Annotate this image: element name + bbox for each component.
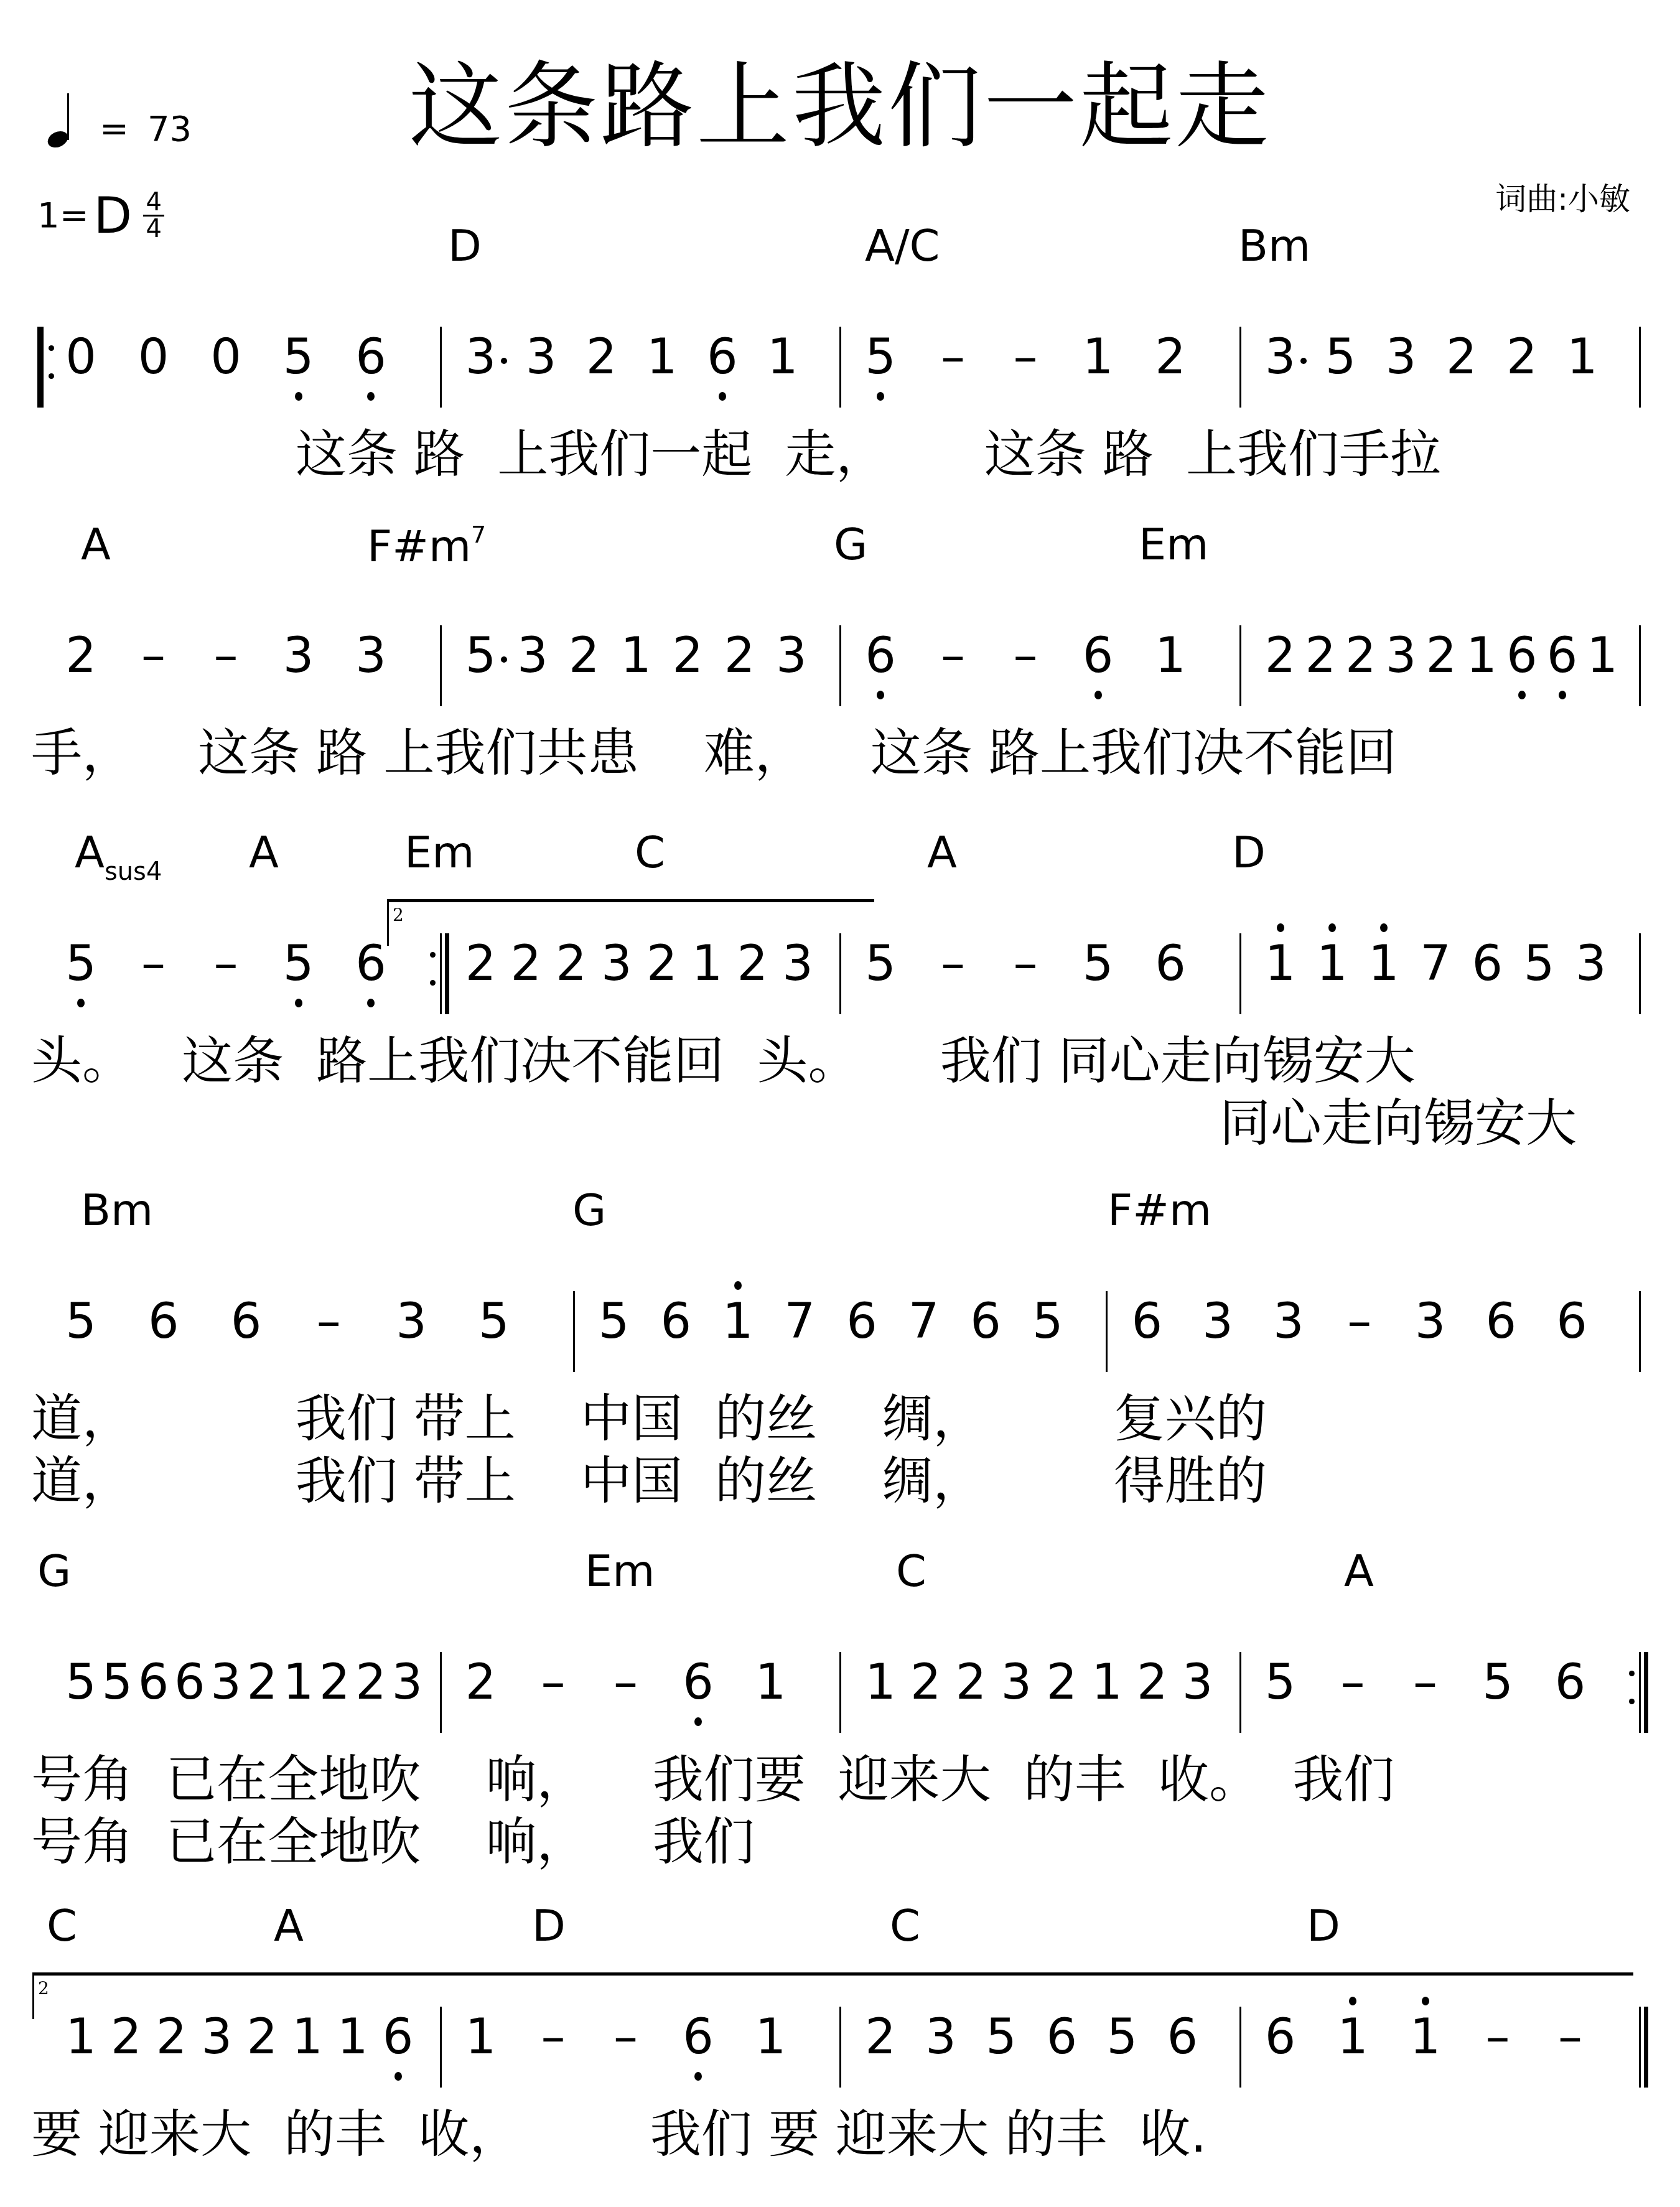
barline <box>1239 327 1241 408</box>
chord-symbol: A <box>927 831 957 874</box>
note: 1 <box>1262 940 1299 988</box>
lower-octave-dot <box>1094 691 1102 699</box>
repeat-dots <box>430 933 436 1014</box>
upper-octave-dot <box>734 1281 742 1290</box>
note: 2 <box>1342 632 1379 680</box>
note: 2 <box>1152 333 1189 381</box>
lower-octave-dot <box>295 999 302 1007</box>
note: 5 <box>62 1658 100 1707</box>
note: 1 <box>752 2013 790 2061</box>
note: 7 <box>781 1297 818 1346</box>
chord-root: C <box>896 1546 926 1597</box>
chord-suffix: sus4 <box>105 857 162 886</box>
lower-octave-dot <box>1559 691 1566 699</box>
note: 2 <box>352 1658 390 1707</box>
repeat-dots <box>1629 1652 1635 1733</box>
chord-root: Em <box>585 1546 655 1597</box>
lower-octave-dot <box>694 2072 702 2081</box>
repeat-end-barline <box>440 933 449 1014</box>
chord-root: A <box>81 519 111 570</box>
note: 3 <box>1270 1297 1307 1346</box>
chord-root: Bm <box>81 1185 153 1236</box>
chord-root: G <box>834 519 867 570</box>
lower-octave-dot <box>295 392 302 401</box>
note: 6 <box>704 333 741 381</box>
note: 6 <box>1553 1297 1590 1346</box>
note: 3 <box>280 632 317 680</box>
note: 2 <box>1443 333 1480 381</box>
note: 2 <box>1422 632 1460 680</box>
dash-extension: – <box>935 632 972 680</box>
note: 0 <box>135 333 172 381</box>
note: 6 <box>843 1297 880 1346</box>
note: 3 <box>1572 940 1610 988</box>
note: 2 <box>462 1658 500 1707</box>
note: 5 <box>1029 1297 1066 1346</box>
chord-symbol: C <box>635 831 665 874</box>
note: 2 <box>316 1658 353 1707</box>
note: 6 <box>1043 2013 1080 2061</box>
note: 1 <box>289 2013 326 2061</box>
chord-symbol: G <box>834 523 867 566</box>
note: 0 <box>62 333 100 381</box>
note: 1 <box>62 2013 100 2061</box>
note: 2 <box>669 632 706 680</box>
note: 5 <box>1521 940 1558 988</box>
lower-octave-dot <box>877 392 884 401</box>
chord-symbol: D <box>1307 1904 1340 1948</box>
upper-octave-dot <box>1277 923 1284 932</box>
note: 2 <box>1302 632 1339 680</box>
notation-line: 122321161––61235656611–– <box>0 1994 1680 2088</box>
dash-extension: – <box>1007 333 1044 381</box>
dash-extension: – <box>310 1297 347 1346</box>
chord-symbol: F#m7 <box>367 523 486 568</box>
note: 3 <box>1262 333 1299 381</box>
upper-octave-dot <box>1328 923 1336 932</box>
chord-root: A <box>1344 1546 1374 1597</box>
chord-symbol: G <box>572 1188 606 1232</box>
tempo-value: 73 <box>147 109 192 149</box>
note: 6 <box>967 1297 1004 1346</box>
note: 6 <box>1262 2013 1299 2061</box>
tempo-equals: = <box>100 109 129 149</box>
chord-symbol: D <box>1232 831 1266 874</box>
note: 6 <box>352 940 390 988</box>
repeat-end-barline <box>1639 1652 1648 1733</box>
barline <box>440 1652 442 1733</box>
note: 6 <box>679 1658 717 1707</box>
note: 5 <box>1103 2013 1141 2061</box>
dash-extension: – <box>135 940 172 988</box>
note: 5 <box>280 333 317 381</box>
barline <box>440 327 442 408</box>
note: 1 <box>764 333 801 381</box>
barline <box>573 1291 575 1372</box>
note: 5 <box>1262 1658 1299 1707</box>
chord-root: C <box>47 1900 77 1951</box>
note: 2 <box>553 940 590 988</box>
time-signature-top: 4 <box>146 190 161 215</box>
lyric-line-1: 手， 这条 路 上我们共患 难， 这条 路上我们决不能回 <box>31 728 1397 779</box>
dash-extension: – <box>1334 1658 1371 1707</box>
note: 3 <box>773 632 810 680</box>
chord-root: D <box>532 1900 566 1951</box>
chord-root: A <box>75 827 105 878</box>
chord-root: D <box>1307 1900 1340 1951</box>
credit: 词曲:小敏 <box>1495 174 1630 219</box>
note: 1 <box>1584 632 1621 680</box>
upper-octave-dot <box>1380 923 1388 932</box>
note: 5 <box>862 333 899 381</box>
note: 2 <box>507 940 544 988</box>
note: 3 <box>388 1658 426 1707</box>
chord-symbol: Em <box>404 831 474 874</box>
note: 1 <box>462 2013 500 2061</box>
chord-root: A <box>927 827 957 878</box>
note: 6 <box>657 1297 694 1346</box>
notation-line: 000563321615––12353221 <box>0 314 1680 408</box>
note: 3 <box>462 333 500 381</box>
chord-symbol: D <box>448 224 482 268</box>
note: 1 <box>1365 940 1402 988</box>
note: 3 <box>1383 333 1420 381</box>
barline <box>1239 933 1241 1014</box>
lower-octave-dot <box>367 392 375 401</box>
note: 6 <box>171 1658 208 1707</box>
chord-symbol: Bm <box>81 1188 153 1232</box>
note: 6 <box>679 2013 717 2061</box>
note: 2 <box>907 1658 945 1707</box>
dash-extension: – <box>1341 1297 1378 1346</box>
chord-root: C <box>890 1900 920 1951</box>
chord-symbol: A <box>1344 1549 1374 1593</box>
note: 3 <box>352 632 390 680</box>
chord-root: F#m <box>1108 1185 1211 1236</box>
barline <box>839 327 841 408</box>
dash-extension: – <box>207 632 245 680</box>
upper-octave-dot <box>1349 1997 1356 2005</box>
note: 5 <box>475 1297 513 1346</box>
note: 2 <box>643 940 681 988</box>
note: 1 <box>1080 333 1117 381</box>
note: 2 <box>734 940 771 988</box>
note: 5 <box>62 1297 100 1346</box>
chord-root: C <box>635 827 665 878</box>
chord-root: A/C <box>865 220 940 271</box>
note: 6 <box>862 632 899 680</box>
system-1: DA/CBm000563321615––12353221这条 路 上我们一起 走… <box>0 224 1680 523</box>
chord-symbol: Asus4 <box>75 831 162 884</box>
lyric-line-1: 这条 路 上我们一起 走， 这条 路 上我们手拉 <box>296 429 1441 480</box>
notation-line: 2––3353212236––61222321661 <box>0 613 1680 706</box>
chord-symbol: A/C <box>865 224 940 268</box>
note: 0 <box>207 333 245 381</box>
note: 6 <box>1552 1658 1589 1707</box>
chord-root: D <box>1232 827 1266 878</box>
note: 5 <box>595 1297 633 1346</box>
barline <box>1106 1291 1108 1372</box>
barline <box>1639 1291 1641 1372</box>
note: 3 <box>198 2013 235 2061</box>
note: 6 <box>135 1658 172 1707</box>
note: 3 <box>1179 1658 1216 1707</box>
barline <box>1239 2007 1241 2088</box>
note: 6 <box>1482 1297 1519 1346</box>
barline <box>1639 933 1641 1014</box>
lower-octave-dot <box>1518 691 1526 699</box>
augmentation-dot <box>501 656 507 663</box>
note: 2 <box>243 2013 281 2061</box>
note: 2 <box>243 1658 281 1707</box>
augmentation-dot <box>1300 358 1307 364</box>
note: 1 <box>617 632 655 680</box>
barline <box>1639 625 1641 706</box>
notation-line: 5––56222321235––561117653 <box>0 921 1680 1014</box>
chord-symbol: C <box>890 1904 920 1948</box>
dash-extension: – <box>1007 632 1044 680</box>
dash-extension: – <box>607 1658 645 1707</box>
note: 7 <box>1417 940 1454 988</box>
repeat-dots <box>49 327 55 408</box>
dash-extension: – <box>607 2013 645 2061</box>
note: 2 <box>721 632 758 680</box>
lyric-line-2: 号角 已在全地吹 响， 我们 <box>31 1817 755 1868</box>
note: 5 <box>1080 940 1117 988</box>
note: 3 <box>779 940 816 988</box>
note: 6 <box>1503 632 1541 680</box>
note: 6 <box>228 1297 265 1346</box>
note: 2 <box>1043 1658 1080 1707</box>
note: 6 <box>1152 940 1189 988</box>
note: 3 <box>393 1297 430 1346</box>
dash-extension: – <box>534 2013 572 2061</box>
dash-extension: – <box>207 940 245 988</box>
dash-extension: – <box>534 1658 572 1707</box>
note: 6 <box>380 2013 417 2061</box>
lyric-line-2: 同心走向锡安大 <box>1220 1098 1577 1149</box>
note: 1 <box>280 1658 317 1707</box>
chord-root: Em <box>404 827 474 878</box>
chord-root: D <box>448 220 482 271</box>
quarter-note-icon <box>44 93 81 149</box>
lyric-line-1: 头。 这条 路上我们决不能回 头。 我们 同心走向锡安大 <box>31 1036 1416 1087</box>
dash-extension: – <box>1407 1658 1444 1707</box>
dash-extension: – <box>935 333 972 381</box>
note: 2 <box>153 2013 190 2061</box>
lyric-line-1: 号角 已在全地吹 响， 我们要 迎来大 的丰 收。 我们 <box>31 1755 1394 1806</box>
note: 2 <box>583 333 620 381</box>
system-5: GEmCA55663212232––61122321235––56号角 已在全地… <box>0 1549 1680 1848</box>
note: 1 <box>1407 2013 1444 2061</box>
chord-symbol: C <box>47 1904 77 1948</box>
note: 3 <box>207 1658 245 1707</box>
chord-symbol: G <box>37 1549 71 1593</box>
system-2: AF#m7GEm2––3353212236––61222321661手， 这条 … <box>0 523 1680 821</box>
note: 5 <box>862 940 899 988</box>
barline <box>839 625 841 706</box>
note: 1 <box>1152 632 1189 680</box>
chord-symbol: C <box>896 1549 926 1593</box>
note: 5 <box>1322 333 1360 381</box>
system-4: BmGF#m566–3556176765633–366道， 我们 带上 中国 的… <box>0 1188 1680 1487</box>
dash-extension: – <box>935 940 972 988</box>
note: 6 <box>352 333 390 381</box>
system-6: CADCD2122321161––61235656611––要 迎来大 的丰 收… <box>0 1904 1680 2203</box>
note: 5 <box>280 940 317 988</box>
chord-extension: 7 <box>471 521 486 548</box>
note: 2 <box>1503 333 1541 381</box>
note: 3 <box>1412 1297 1449 1346</box>
lower-octave-dot <box>394 2072 402 2081</box>
barline <box>440 625 442 706</box>
note: 6 <box>1128 1297 1165 1346</box>
dash-extension: – <box>1552 2013 1589 2061</box>
chord-symbol: D <box>532 1904 566 1948</box>
note: 1 <box>1314 940 1351 988</box>
note: 2 <box>62 632 100 680</box>
barline <box>1639 327 1641 408</box>
chord-symbol: F#m <box>1108 1188 1211 1232</box>
chord-root: A <box>274 1900 304 1951</box>
final-barline <box>1639 2007 1648 2088</box>
lower-octave-dot <box>367 999 375 1007</box>
note: 5 <box>982 2013 1020 2061</box>
augmentation-dot <box>501 358 507 364</box>
chord-symbol: A <box>274 1904 304 1948</box>
lower-octave-dot <box>877 691 884 699</box>
chord-symbol: Bm <box>1238 224 1310 268</box>
barline <box>440 2007 442 2088</box>
chord-root: G <box>37 1546 71 1597</box>
note: 2 <box>953 1658 990 1707</box>
chord-root: G <box>572 1185 606 1236</box>
tempo-marking: = 73 <box>44 93 192 149</box>
note: 2 <box>462 940 500 988</box>
note: 7 <box>905 1297 943 1346</box>
chord-symbol: A <box>81 523 111 566</box>
note: 3 <box>514 632 551 680</box>
chord-root: F#m <box>367 521 471 572</box>
note: 2 <box>566 632 603 680</box>
lower-octave-dot <box>77 999 85 1007</box>
note: 3 <box>523 333 560 381</box>
system-3: Asus4AEmCAD25––56222321235––561117653头。 … <box>0 831 1680 1129</box>
dash-extension: – <box>1007 940 1044 988</box>
note: 1 <box>334 2013 371 2061</box>
lower-octave-dot <box>694 1717 702 1726</box>
note: 6 <box>145 1297 182 1346</box>
note: 3 <box>1199 1297 1236 1346</box>
note: 1 <box>862 1658 899 1707</box>
note: 5 <box>98 1658 136 1707</box>
note: 6 <box>1468 940 1506 988</box>
repeat-start-barline <box>37 327 47 408</box>
note: 1 <box>643 333 681 381</box>
notation-line: 55663212232––61122321235––56 <box>0 1640 1680 1733</box>
note: 6 <box>1080 632 1117 680</box>
dash-extension: – <box>135 632 172 680</box>
chord-symbol: Em <box>1139 523 1208 566</box>
note: 1 <box>689 940 726 988</box>
notation-line: 566–3556176765633–366 <box>0 1279 1680 1372</box>
note: 1 <box>1334 2013 1371 2061</box>
note: 1 <box>719 1297 757 1346</box>
barline <box>839 2007 841 2088</box>
note: 3 <box>922 2013 959 2061</box>
note: 6 <box>1164 2013 1201 2061</box>
note: 2 <box>1262 632 1299 680</box>
note: 2 <box>108 2013 145 2061</box>
chord-root: Bm <box>1238 220 1310 271</box>
note: 2 <box>1134 1658 1171 1707</box>
barline <box>1239 625 1241 706</box>
note: 3 <box>1383 632 1420 680</box>
note: 3 <box>997 1658 1035 1707</box>
upper-octave-dot <box>1422 1997 1429 2005</box>
note: 5 <box>462 632 500 680</box>
note: 5 <box>1479 1658 1516 1707</box>
chord-symbol: A <box>249 831 279 874</box>
note: 1 <box>752 1658 790 1707</box>
chord-symbol: Em <box>585 1549 655 1593</box>
dash-extension: – <box>1479 2013 1516 2061</box>
note: 1 <box>1463 632 1500 680</box>
lyric-line-2: 道， 我们 带上 中国 的丝 绸， 得胜的 <box>31 1456 1267 1507</box>
chord-root: A <box>249 827 279 878</box>
note: 1 <box>1564 333 1601 381</box>
note: 1 <box>1088 1658 1126 1707</box>
lower-octave-dot <box>719 392 726 401</box>
lyric-line-1: 要 迎来大 的丰 收， 我们 要 迎来大 的丰 收. <box>31 2109 1206 2160</box>
chord-root: Em <box>1139 519 1208 570</box>
lyric-line-1: 道， 我们 带上 中国 的丝 绸， 复兴的 <box>31 1394 1267 1445</box>
note: 3 <box>598 940 635 988</box>
song-title: 这条路上我们一起走 <box>0 31 1680 166</box>
barline <box>839 1652 841 1733</box>
barline <box>839 933 841 1014</box>
note: 2 <box>862 2013 899 2061</box>
note: 5 <box>62 940 100 988</box>
note: 6 <box>1544 632 1581 680</box>
barline <box>1239 1652 1241 1733</box>
